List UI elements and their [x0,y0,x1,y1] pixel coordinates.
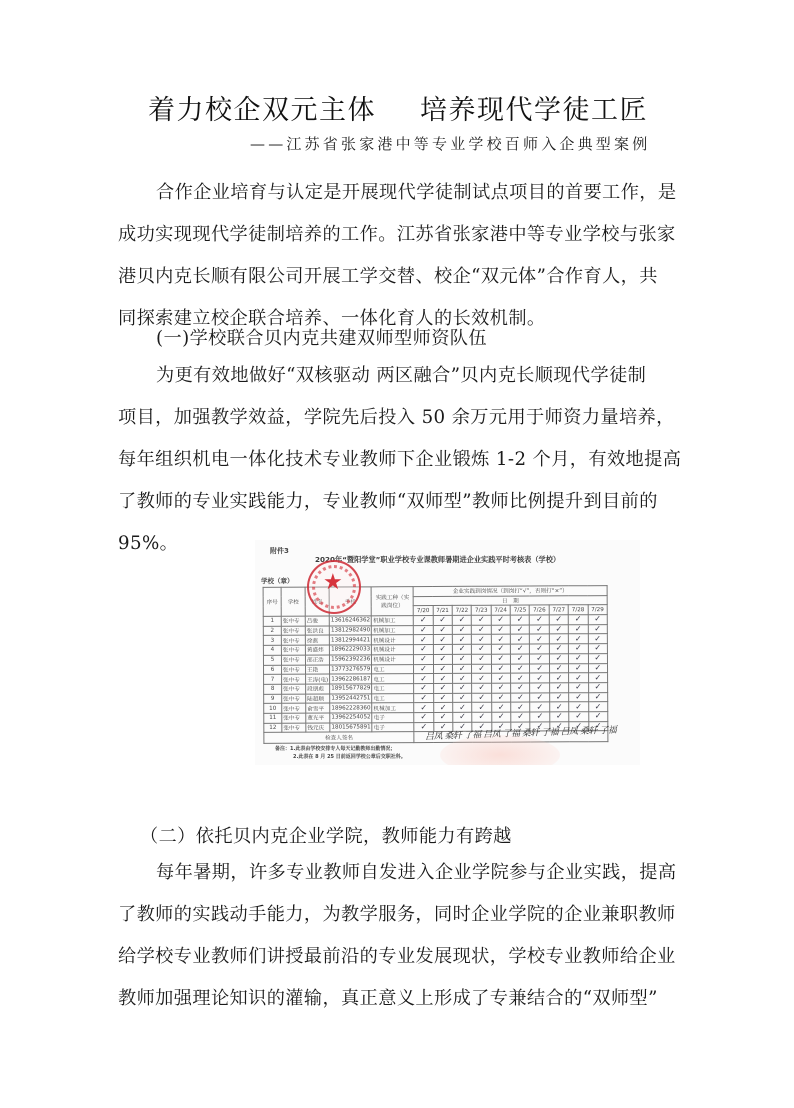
check-mark-icon: ✓ [491,702,510,712]
section-2-paragraph: 每年暑期，许多专业教师自发进入企业学院参与企业实践，提高 了教师的实践动手能力，… [118,852,678,1020]
check-mark-icon: ✓ [568,624,587,634]
cell-index: 8 [264,684,282,694]
check-mark-icon: ✓ [472,664,491,674]
check-mark-icon: ✓ [472,702,491,712]
section-1-heading: (一)学校联合贝内克共建双师型师资队伍 [156,324,487,350]
cell-phone: 13952442751 [330,693,372,703]
cell-job: 机械设计 [372,654,414,664]
check-mark-icon: ✓ [472,712,491,722]
paragraph-line: 为更有效地做好“双核驱动 两区融合”贝内克长顺现代学徒制 [118,355,678,397]
section-1-paragraph: 为更有效地做好“双核驱动 两区融合”贝内克长顺现代学徒制 项目，加强教学效益，学… [118,355,678,565]
check-mark-icon: ✓ [549,644,568,654]
paragraph-line: 每年组织机电一体化技术专业教师下企业锻炼 1-2 个月，有效地提高 [118,439,678,481]
check-mark-icon: ✓ [414,645,433,655]
check-mark-icon: ✓ [549,625,568,635]
date-header-cell: 7/24 [491,605,510,615]
cell-index: 6 [263,665,281,675]
note-line-2: 2.此表在 8 月 25 日前返回学校公章后交职社科。 [275,753,406,761]
check-mark-icon: ✓ [569,683,588,693]
check-mark-icon: ✓ [511,654,530,664]
check-mark-icon: ✓ [530,644,549,654]
cell-school: 张中专 [281,616,305,626]
check-mark-icon: ✓ [491,625,510,635]
check-mark-icon: ✓ [530,702,549,712]
cell-name: 徐燕 [305,635,329,645]
check-mark-icon: ✓ [530,654,549,664]
cell-index: 7 [264,674,282,684]
paragraph-line: 了教师的实践动手能力，为教学服务，同时企业学院的企业兼职教师 [118,894,678,936]
paragraph-line: 每年暑期，许多专业教师自发进入企业学院参与企业实践，提高 [118,852,678,894]
paragraph-line: 港贝内克长顺有限公司开展工学交替、校企“双元体”合作育人，共 [118,256,678,298]
check-mark-icon: ✓ [511,664,530,674]
inspector-signature-label: 检查人签名 [264,732,414,744]
cell-job: 电工 [372,664,414,674]
check-mark-icon: ✓ [510,615,529,625]
check-mark-icon: ✓ [510,625,529,635]
intro-paragraph: 合作企业培育与认定是开展现代学徒制试点项目的首要工作，是 成功实现现代学徒制培养… [118,172,678,340]
cell-name: 俞雪平 [306,703,330,713]
check-mark-icon: ✓ [588,624,608,634]
check-mark-icon: ✓ [433,703,452,713]
cell-job: 电子 [372,722,414,732]
check-mark-icon: ✓ [588,673,608,683]
note-line-1: 备注：1.此表由学校安排专人每天记勤教师出勤情况； [275,746,395,752]
col-index: 序号 [263,587,281,616]
cell-index: 2 [263,626,281,636]
cell-school: 张中专 [282,684,306,694]
cell-job: 机械加工 [372,625,414,635]
check-mark-icon: ✓ [530,663,549,673]
date-header-cell: 7/26 [530,605,549,615]
cell-school: 张中专 [282,703,306,713]
cell-index: 10 [264,704,282,714]
check-mark-icon: ✓ [433,654,452,664]
cell-phone: 13773276579 [330,664,372,674]
date-header-cell: 7/20 [414,606,433,616]
check-mark-icon: ✓ [568,615,587,625]
cell-school: 张中专 [281,655,305,665]
check-mark-icon: ✓ [472,644,491,654]
document-subtitle: ——江苏省张家港中等专业学校百师入企典型案例 [250,133,680,154]
cell-phone: 18015675891 [330,722,372,732]
cell-school: 张中专 [281,636,305,646]
cell-job: 机械加工 [372,616,414,626]
check-mark-icon: ✓ [472,673,491,683]
document-page: 着力校企双元主体培养现代学徒工匠 ——江苏省张家港中等专业学校百师入企典型案例 … [0,0,794,1108]
check-mark-icon: ✓ [433,693,452,703]
check-mark-icon: ✓ [491,644,510,654]
official-seal-stamp: ★ [307,560,361,614]
date-header-cell: 7/27 [549,605,568,615]
check-mark-icon: ✓ [433,674,452,684]
check-mark-icon: ✓ [453,664,472,674]
cell-job: 电工 [372,693,414,703]
check-mark-icon: ✓ [433,625,452,635]
check-mark-icon: ✓ [491,654,510,664]
cell-index: 3 [263,636,281,646]
check-mark-icon: ✓ [569,702,588,712]
check-mark-icon: ✓ [569,654,588,664]
check-mark-icon: ✓ [433,712,452,722]
cell-index: 11 [264,713,282,723]
cell-phone: 15962392236 [330,655,372,665]
cell-school: 张中专 [282,694,306,704]
check-mark-icon: ✓ [452,635,471,645]
cell-phone: 18962228360 [330,703,372,713]
check-mark-icon: ✓ [530,615,549,625]
check-mark-icon: ✓ [472,683,491,693]
cell-phone: 13616246362 [329,616,371,626]
check-mark-icon: ✓ [569,644,588,654]
check-mark-icon: ✓ [472,625,491,635]
check-mark-icon: ✓ [549,692,568,702]
cell-job: 机械设计 [372,635,414,645]
check-mark-icon: ✓ [491,615,510,625]
check-mark-icon: ✓ [414,625,433,635]
check-mark-icon: ✓ [491,635,510,645]
cell-name: 陆超顺 [306,694,330,704]
check-mark-icon: ✓ [433,645,452,655]
check-mark-icon: ✓ [414,654,433,664]
table-notes: 备注：1.此表由学校安排专人每天记勤教师出勤情况； 2.此表在 8 月 25 日… [275,745,406,761]
cell-school: 张中专 [282,723,306,733]
paragraph-line: 项目，加强教学效益，学院先后投入 50 余万元用于师资力量培养， [118,397,678,439]
cell-job: 电工 [372,674,414,684]
check-mark-icon: ✓ [452,654,471,664]
cell-school: 张中专 [281,626,305,636]
check-mark-icon: ✓ [433,635,452,645]
check-mark-icon: ✓ [588,712,608,722]
check-mark-icon: ✓ [453,673,472,683]
date-header-cell: 7/23 [472,606,491,616]
check-mark-icon: ✓ [530,673,549,683]
check-mark-icon: ✓ [472,693,491,703]
check-mark-icon: ✓ [491,693,510,703]
attachment-label: 附件3 [270,546,289,556]
check-mark-icon: ✓ [588,702,608,712]
check-mark-icon: ✓ [549,634,568,644]
title-part-1: 着力校企双元主体 [148,95,376,126]
check-mark-icon: ✓ [530,683,549,693]
check-mark-icon: ✓ [414,703,433,713]
cell-name: 黄盛炜 [305,645,329,655]
check-mark-icon: ✓ [453,683,472,693]
cell-school: 张中专 [281,645,305,655]
check-mark-icon: ✓ [511,693,530,703]
check-mark-icon: ✓ [452,625,471,635]
cell-phone: 13812982490 [329,626,371,636]
cell-name: 钱元庆 [306,723,330,733]
check-mark-icon: ✓ [453,703,472,713]
cell-phone: 18962229033 [330,645,372,655]
check-mark-icon: ✓ [549,615,568,625]
paragraph-line: 了教师的专业实践能力，专业教师“双师型”教师比例提升到目前的 [118,481,678,523]
cell-phone: 13962254052 [330,713,372,723]
cell-name: 王涛(电) [306,674,330,684]
check-mark-icon: ✓ [588,615,608,625]
check-mark-icon: ✓ [453,712,472,722]
check-mark-icon: ✓ [530,625,549,635]
date-header-cell: 7/29 [588,605,608,615]
cell-name: 张洪良 [305,626,329,636]
cell-index: 5 [263,655,281,665]
check-mark-icon: ✓ [569,634,588,644]
check-mark-icon: ✓ [433,683,452,693]
cell-name: 王艳 [305,665,329,675]
cell-index: 9 [264,694,282,704]
cell-phone: 13812994421 [330,635,372,645]
check-mark-icon: ✓ [530,712,549,722]
scanned-attendance-table-image: 附件3 2020年“暨阳学堂”职业学校专业课教师暑期进企业实践平时考核表（学校）… [255,540,640,765]
check-mark-icon: ✓ [510,634,529,644]
check-mark-icon: ✓ [414,693,433,703]
cell-index: 1 [263,616,281,626]
check-mark-icon: ✓ [414,712,433,722]
check-mark-icon: ✓ [588,692,608,702]
check-mark-icon: ✓ [569,673,588,683]
check-mark-icon: ✓ [588,663,608,673]
cell-job: 电工 [372,683,414,693]
document-title: 着力校企双元主体培养现代学徒工匠 [148,88,668,127]
date-header-cell: 7/28 [568,605,587,615]
cell-index: 4 [263,645,281,655]
check-mark-icon: ✓ [588,644,608,654]
date-header-cell: 7/22 [452,606,471,616]
check-mark-icon: ✓ [433,615,452,625]
cell-index: 12 [264,723,282,733]
paragraph-line: 给学校专业教师们讲授最前沿的专业发展现状，学校专业教师给企业 [118,936,678,978]
check-mark-icon: ✓ [433,664,452,674]
paragraph-line: 教师加强理论知识的灌输，真正意义上形成了专兼结合的“双师型” [118,978,678,1020]
check-mark-icon: ✓ [414,674,433,684]
check-mark-icon: ✓ [550,702,569,712]
check-mark-icon: ✓ [569,663,588,673]
cell-job: 机械加工 [372,703,414,713]
check-mark-icon: ✓ [511,683,530,693]
section-2-heading: （二）依托贝内克企业学院，教师能力有跨越 [140,822,512,848]
check-mark-icon: ✓ [452,615,471,625]
check-mark-icon: ✓ [414,635,433,645]
check-mark-icon: ✓ [511,644,530,654]
cell-phone: 18915677829 [330,684,372,694]
school-label: 学校（章） [261,576,294,585]
check-mark-icon: ✓ [530,692,549,702]
check-mark-icon: ✓ [511,702,530,712]
col-job-type: 实践工种（实践岗位） [371,587,413,616]
date-header-cell: 7/25 [510,605,529,615]
attendance-table: 序号 学校 姓名 手机 实践工种（实践岗位） 企业实践到岗情况（到岗打“√”，否… [263,585,609,744]
check-mark-icon: ✓ [491,664,510,674]
check-mark-icon: ✓ [472,615,491,625]
col-school: 学校 [281,587,305,616]
check-mark-icon: ✓ [569,712,588,722]
check-mark-icon: ✓ [569,692,588,702]
check-mark-icon: ✓ [588,634,608,644]
check-mark-icon: ✓ [549,673,568,683]
table-body: 1张中专吕骏13616246362机械加工✓✓✓✓✓✓✓✓✓✓2张中专张洪良13… [263,615,608,733]
check-mark-icon: ✓ [549,654,568,664]
cell-name: 段朋彪 [306,684,330,694]
check-mark-icon: ✓ [530,634,549,644]
cell-job: 机械设计 [372,645,414,655]
star-icon: ★ [323,572,343,594]
cell-school: 张中专 [281,665,305,675]
check-mark-icon: ✓ [414,683,433,693]
date-header-cell: 7/21 [433,606,452,616]
check-mark-icon: ✓ [472,635,491,645]
cell-name: 吕骏 [305,616,329,626]
check-mark-icon: ✓ [472,654,491,664]
cell-name: 董光平 [306,713,330,723]
check-mark-icon: ✓ [511,673,530,683]
check-mark-icon: ✓ [491,673,510,683]
check-mark-icon: ✓ [491,683,510,693]
cell-name: 邵正浩 [305,655,329,665]
cell-job: 电子 [372,713,414,723]
check-mark-icon: ✓ [511,712,530,722]
check-mark-icon: ✓ [414,616,433,626]
check-mark-icon: ✓ [453,693,472,703]
check-mark-icon: ✓ [414,664,433,674]
check-mark-icon: ✓ [452,644,471,654]
check-mark-icon: ✓ [588,682,608,692]
cell-school: 张中专 [282,674,306,684]
check-mark-icon: ✓ [549,683,568,693]
cell-phone: 13962286187 [330,674,372,684]
cell-school: 张中专 [282,713,306,723]
table-title: 2020年“暨阳学堂”职业学校专业课教师暑期进企业实践平时考核表（学校） [315,555,560,565]
check-mark-icon: ✓ [588,653,608,663]
paragraph-line: 成功实现现代学徒制培养的工作。江苏省张家港中等专业学校与张家 [118,214,678,256]
title-part-2: 培养现代学徒工匠 [420,95,648,126]
paragraph-line: 合作企业培育与认定是开展现代学徒制试点项目的首要工作，是 [118,172,678,214]
check-mark-icon: ✓ [491,712,510,722]
check-mark-icon: ✓ [550,712,569,722]
check-mark-icon: ✓ [549,663,568,673]
